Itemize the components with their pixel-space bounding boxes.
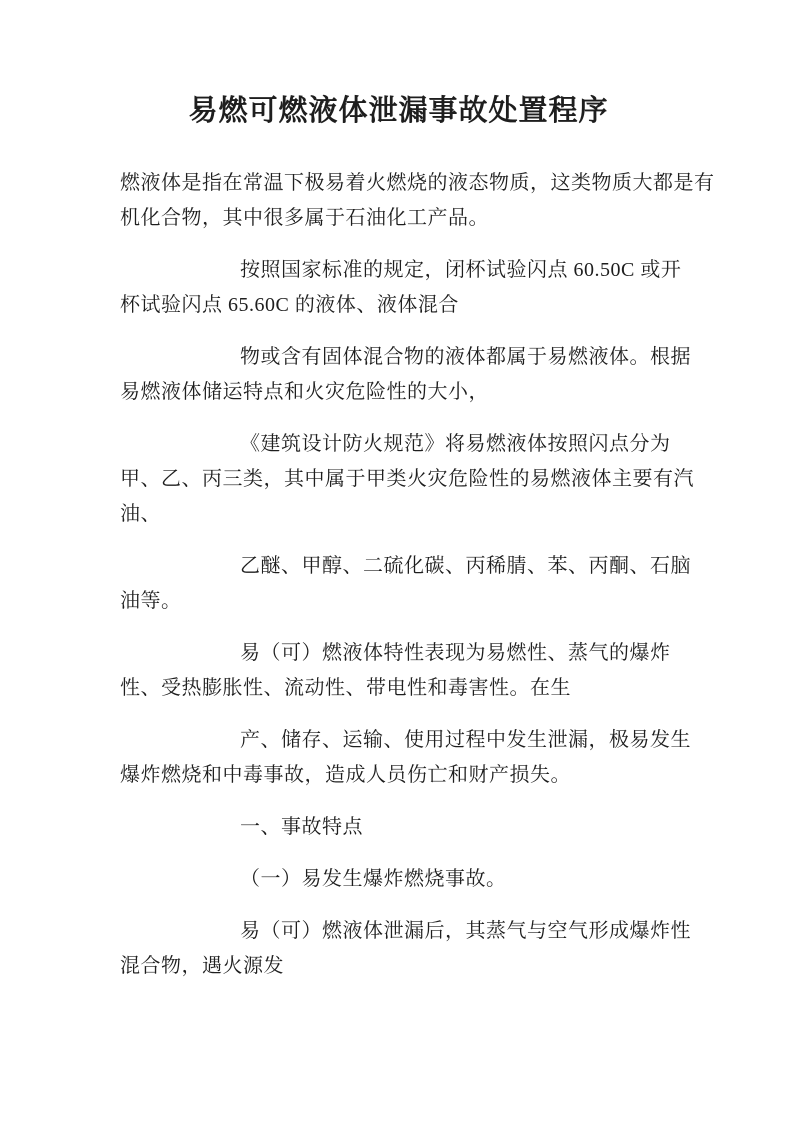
text-line: 《建筑设计防火规范》将易燃液体按照闪点分为 (240, 427, 677, 462)
paragraph: 燃液体是指在常温下极易着火燃烧的液态物质，这类物质大都是有机化合物，其中很多属于… (120, 166, 677, 236)
text-line: 易（可）燃液体特性表现为易燃性、蒸气的爆炸 (240, 636, 677, 671)
text-line: 一、事故特点 (240, 810, 677, 845)
text-line: 机化合物，其中很多属于石油化工产品。 (120, 201, 677, 236)
text-line: 杯试验闪点 65.60C 的液体、液体混合 (120, 288, 677, 323)
paragraph: 物或含有固体混合物的液体都属于易燃液体。根据易燃液体储运特点和火灾危险性的大小， (120, 340, 677, 410)
document-page: 易燃可燃液体泄漏事故处置程序 燃液体是指在常温下极易着火燃烧的液态物质，这类物质… (0, 0, 793, 1122)
text-line: 爆炸燃烧和中毒事故，造成人员伤亡和财产损失。 (120, 758, 677, 793)
document-title: 易燃可燃液体泄漏事故处置程序 (120, 94, 677, 128)
paragraph: 按照国家标准的规定，闭杯试验闪点 60.50C 或开杯试验闪点 65.60C 的… (120, 253, 677, 323)
text-line: 甲、乙、丙三类，其中属于甲类火灾危险性的易燃液体主要有汽 (120, 462, 677, 497)
paragraph: 《建筑设计防火规范》将易燃液体按照闪点分为甲、乙、丙三类，其中属于甲类火灾危险性… (120, 427, 677, 532)
text-line: 易（可）燃液体泄漏后，其蒸气与空气形成爆炸性 (240, 914, 677, 949)
text-line: 油、 (120, 497, 677, 532)
paragraph: 易（可）燃液体特性表现为易燃性、蒸气的爆炸性、受热膨胀性、流动性、带电性和毒害性… (120, 636, 677, 706)
text-line: 按照国家标准的规定，闭杯试验闪点 60.50C 或开 (240, 253, 677, 288)
paragraph: （一）易发生爆炸燃烧事故。 (120, 862, 677, 897)
paragraph: 产、储存、运输、使用过程中发生泄漏，极易发生爆炸燃烧和中毒事故，造成人员伤亡和财… (120, 723, 677, 793)
text-line: 燃液体是指在常温下极易着火燃烧的液态物质，这类物质大都是有 (120, 166, 677, 201)
text-line: 乙醚、甲醇、二硫化碳、丙稀腈、苯、丙酮、石脑 (240, 549, 677, 584)
text-line: 混合物，遇火源发 (120, 949, 677, 984)
paragraph: 乙醚、甲醇、二硫化碳、丙稀腈、苯、丙酮、石脑油等。 (120, 549, 677, 619)
document-body: 燃液体是指在常温下极易着火燃烧的液态物质，这类物质大都是有机化合物，其中很多属于… (120, 166, 677, 984)
text-line: 油等。 (120, 584, 677, 619)
paragraph: 易（可）燃液体泄漏后，其蒸气与空气形成爆炸性混合物，遇火源发 (120, 914, 677, 984)
paragraph: 一、事故特点 (120, 810, 677, 845)
text-line: 产、储存、运输、使用过程中发生泄漏，极易发生 (240, 723, 677, 758)
text-line: 易燃液体储运特点和火灾危险性的大小， (120, 375, 677, 410)
text-line: 性、受热膨胀性、流动性、带电性和毒害性。在生 (120, 671, 677, 706)
text-line: 物或含有固体混合物的液体都属于易燃液体。根据 (240, 340, 677, 375)
text-line: （一）易发生爆炸燃烧事故。 (240, 862, 677, 897)
